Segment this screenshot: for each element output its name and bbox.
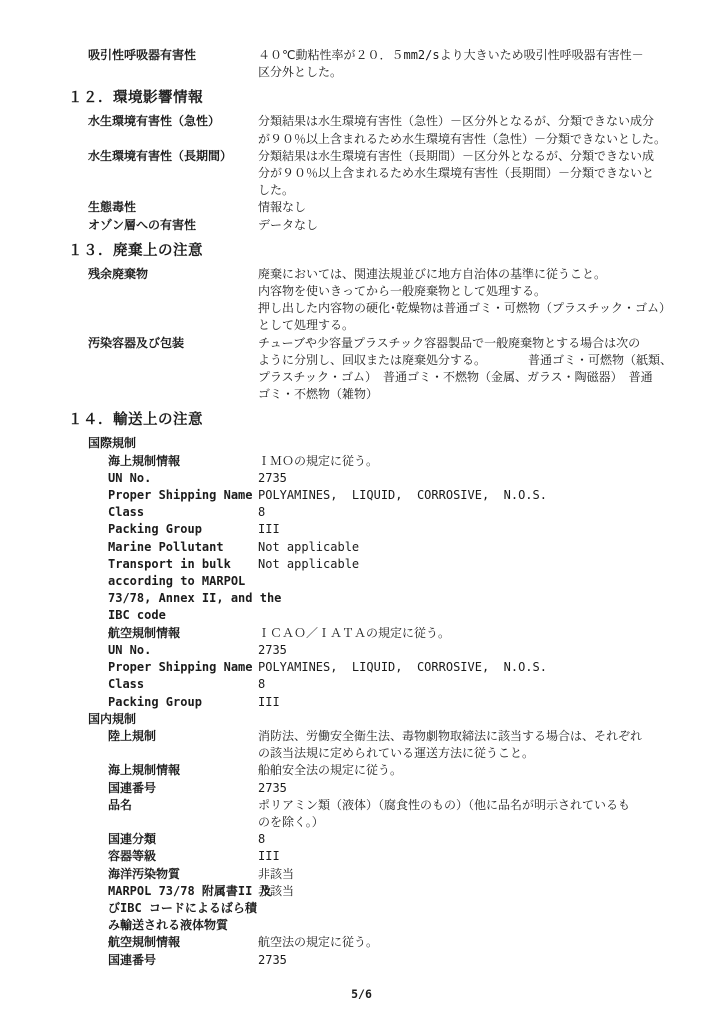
field-value-line: ４０℃動粘性率が２０．５mm2/sより大きいため吸引性呼吸器有害性－ <box>258 47 688 64</box>
field-label: 海上規制情報 <box>108 453 258 470</box>
field-value: 2735 <box>258 470 688 487</box>
field-label-line: 陸上規制 <box>108 728 258 745</box>
field-value-line: ＩＣＡＯ／ＩＡＴＡの規定に従う。 <box>258 625 688 642</box>
field-value-line: が９０％以上含まれるため水生環境有害性（急性）－分類できないとした。 <box>258 131 688 148</box>
field-label: Packing Group <box>108 694 258 711</box>
field-value-line: 8 <box>258 831 688 848</box>
field-value-line: の該当法規に定められている運送方法に従うこと。 <box>258 745 688 762</box>
field-value-line: Not applicable <box>258 539 688 556</box>
field-label: 海洋汚染物質 <box>108 866 258 883</box>
field-value-line: 押し出した内容物の硬化･乾燥物は普通ゴミ・可燃物（プラスチック・ゴム） <box>258 300 688 317</box>
field-row: 水生環境有害性（長期間）分類結果は水生環境有害性（長期間）－区分外となるが、分類… <box>88 148 723 200</box>
field-value-line: のを除く。） <box>258 814 688 831</box>
field-label: Proper Shipping Name <box>108 659 258 676</box>
field-value-line: 非該当 <box>258 883 688 900</box>
field-value: 非該当 <box>258 883 688 900</box>
field-label-line: 73/78, Annex II, and the <box>108 590 258 607</box>
field-value: 消防法、労働安全衛生法、毒物劇物取締法に該当する場合は、それぞれの該当法規に定め… <box>258 728 688 762</box>
field-value-line: ように分別し、回収または廃棄処分する。 普通ゴミ・可燃物（紙類、 <box>258 352 688 369</box>
field-row: Marine PollutantNot applicable <box>108 539 723 556</box>
field-value-line: データなし <box>258 217 688 234</box>
field-label-line: 水生環境有害性（長期間） <box>88 148 258 165</box>
field-value-line: III <box>258 694 688 711</box>
field-row: MARPOL 73/78 附属書II 及びIBC コードによるばら積み輸送される… <box>108 883 723 935</box>
field-label-line: オゾン層への有害性 <box>88 217 258 234</box>
field-label: 品名 <box>108 797 258 814</box>
field-row: 航空規制情報ＩＣＡＯ／ＩＡＴＡの規定に従う。 <box>108 625 723 642</box>
field-label: 容器等級 <box>108 848 258 865</box>
field-value: 2735 <box>258 780 688 797</box>
field-label: Proper Shipping Name <box>108 487 258 504</box>
field-value: チューブや少容量プラスチック容器製品で一般廃棄物とする場合は次のように分別し、回… <box>258 335 688 404</box>
field-value-line: 廃棄においては、関連法規並びに地方自治体の基準に従うこと。 <box>258 266 688 283</box>
field-value-line: 8 <box>258 504 688 521</box>
field-label: Marine Pollutant <box>108 539 258 556</box>
field-value: 航空法の規定に従う。 <box>258 934 688 951</box>
field-value-line: 内容物を使いきってから一般廃棄物として処理する。 <box>258 283 688 300</box>
field-value-line: 非該当 <box>258 866 688 883</box>
field-value: POLYAMINES, LIQUID, CORROSIVE, N.O.S. <box>258 659 688 676</box>
field-label-line: 生態毒性 <box>88 199 258 216</box>
document-body: 吸引性呼吸器有害性４０℃動粘性率が２０．５mm2/sより大きいため吸引性呼吸器有… <box>0 0 723 969</box>
field-row: 航空規制情報航空法の規定に従う。 <box>108 934 723 951</box>
field-value: 8 <box>258 676 688 693</box>
field-label-line: Marine Pollutant <box>108 539 258 556</box>
field-row: 水生環境有害性（急性）分類結果は水生環境有害性（急性）－区分外となるが、分類でき… <box>88 113 723 147</box>
field-value-line: ＩＭＯの規定に従う。 <box>258 453 688 470</box>
field-value-line: 区分外とした。 <box>258 64 688 81</box>
field-value-line: 分類結果は水生環境有害性（急性）－区分外となるが、分類できない成分 <box>258 113 688 130</box>
field-row: 品名ポリアミン類（液体）（腐食性のもの）（他に品名が明示されているものを除く。） <box>108 797 723 831</box>
field-row: 国連番号2735 <box>108 952 723 969</box>
group-row: 国内規制 <box>88 711 723 728</box>
field-label-line: 品名 <box>108 797 258 814</box>
field-row: オゾン層への有害性データなし <box>88 217 723 234</box>
field-value-line: POLYAMINES, LIQUID, CORROSIVE, N.O.S. <box>258 487 688 504</box>
field-row: 容器等級III <box>108 848 723 865</box>
field-value-line: 分類結果は水生環境有害性（長期間）－区分外となるが、分類できない成 <box>258 148 688 165</box>
field-value: データなし <box>258 217 688 234</box>
field-row: Packing GroupIII <box>108 521 723 538</box>
field-row: UN No.2735 <box>108 470 723 487</box>
field-label-line: 海洋汚染物質 <box>108 866 258 883</box>
field-label: 水生環境有害性（急性） <box>88 113 258 130</box>
field-label-line: UN No. <box>108 470 258 487</box>
field-row: 残余廃棄物廃棄においては、関連法規並びに地方自治体の基準に従うこと。内容物を使い… <box>88 266 723 335</box>
field-label-line: according to MARPOL <box>108 573 258 590</box>
field-value-line: ポリアミン類（液体）（腐食性のもの）（他に品名が明示されているも <box>258 797 688 814</box>
field-label: Class <box>108 504 258 521</box>
page-number: 5/6 <box>0 987 723 1001</box>
field-value: 船舶安全法の規定に従う。 <box>258 762 688 779</box>
field-row: 海上規制情報ＩＭＯの規定に従う。 <box>108 453 723 470</box>
field-label-line: 航空規制情報 <box>108 625 258 642</box>
field-label: 国連番号 <box>108 952 258 969</box>
field-label-line: 吸引性呼吸器有害性 <box>88 47 258 64</box>
field-label: オゾン層への有害性 <box>88 217 258 234</box>
section-heading: １２．環境影響情報 <box>68 89 723 108</box>
field-label-line: 残余廃棄物 <box>88 266 258 283</box>
field-row: Proper Shipping NamePOLYAMINES, LIQUID, … <box>108 487 723 504</box>
field-label-line: Transport in bulk <box>108 556 258 573</box>
field-value-line: 2735 <box>258 470 688 487</box>
field-label: Packing Group <box>108 521 258 538</box>
field-value-line: 分が９０％以上含まれるため水生環境有害性（長期間）－分類できないと <box>258 165 688 182</box>
section-heading: １４．輸送上の注意 <box>68 411 723 430</box>
field-value: 8 <box>258 831 688 848</box>
section-heading: １３．廃棄上の注意 <box>68 242 723 261</box>
field-label: 航空規制情報 <box>108 625 258 642</box>
field-label: MARPOL 73/78 附属書II 及びIBC コードによるばら積み輸送される… <box>108 883 258 935</box>
field-label: 海上規制情報 <box>108 762 258 779</box>
field-row: 国連番号2735 <box>108 780 723 797</box>
field-value-line: III <box>258 521 688 538</box>
field-value-line: 2735 <box>258 780 688 797</box>
field-row: Packing GroupIII <box>108 694 723 711</box>
field-value-line: プラスチック・ゴム） 普通ゴミ・不燃物（金属、ガラス・陶磁器） 普通 <box>258 369 688 386</box>
field-label-line: 国連分類 <box>108 831 258 848</box>
field-label-line: 容器等級 <box>108 848 258 865</box>
field-value: ポリアミン類（液体）（腐食性のもの）（他に品名が明示されているものを除く。） <box>258 797 688 831</box>
field-label-line: びIBC コードによるばら積 <box>108 900 258 917</box>
field-label-line: 国内規制 <box>88 711 258 728</box>
field-label-line: Packing Group <box>108 694 258 711</box>
field-label: 航空規制情報 <box>108 934 258 951</box>
field-row: 海洋汚染物質非該当 <box>108 866 723 883</box>
field-label: UN No. <box>108 642 258 659</box>
field-value-line: 2735 <box>258 952 688 969</box>
field-label: 汚染容器及び包装 <box>88 335 258 352</box>
field-value: III <box>258 521 688 538</box>
field-value: ＩＭＯの規定に従う。 <box>258 453 688 470</box>
field-label-line: UN No. <box>108 642 258 659</box>
field-label: 生態毒性 <box>88 199 258 216</box>
field-label-line: 国際規制 <box>88 435 258 452</box>
field-label-line: Class <box>108 676 258 693</box>
field-value-line: 船舶安全法の規定に従う。 <box>258 762 688 779</box>
field-label-line: Class <box>108 504 258 521</box>
field-row: Class8 <box>108 504 723 521</box>
field-value: 廃棄においては、関連法規並びに地方自治体の基準に従うこと。内容物を使いきってから… <box>258 266 688 335</box>
field-label: Transport in bulkaccording to MARPOL73/7… <box>108 556 258 625</box>
field-value: III <box>258 694 688 711</box>
field-label: 国内規制 <box>88 711 258 728</box>
field-label: 国連分類 <box>108 831 258 848</box>
field-row: Proper Shipping NamePOLYAMINES, LIQUID, … <box>108 659 723 676</box>
field-label: 吸引性呼吸器有害性 <box>88 47 258 64</box>
field-value: 分類結果は水生環境有害性（長期間）－区分外となるが、分類できない成分が９０％以上… <box>258 148 688 200</box>
field-row: 海上規制情報船舶安全法の規定に従う。 <box>108 762 723 779</box>
field-row: Transport in bulkaccording to MARPOL73/7… <box>108 556 723 625</box>
field-value-line: した。 <box>258 182 688 199</box>
field-label-line: 国連番号 <box>108 952 258 969</box>
field-label-line: 航空規制情報 <box>108 934 258 951</box>
field-value: ４０℃動粘性率が２０．５mm2/sより大きいため吸引性呼吸器有害性－区分外とした… <box>258 47 688 81</box>
field-value-line: 航空法の規定に従う。 <box>258 934 688 951</box>
field-label: 残余廃棄物 <box>88 266 258 283</box>
field-value: Not applicable <box>258 556 688 573</box>
field-value: POLYAMINES, LIQUID, CORROSIVE, N.O.S. <box>258 487 688 504</box>
field-value: III <box>258 848 688 865</box>
field-value: 非該当 <box>258 866 688 883</box>
field-value: 2735 <box>258 952 688 969</box>
field-value-line: 消防法、労働安全衛生法、毒物劇物取締法に該当する場合は、それぞれ <box>258 728 688 745</box>
field-label-line: Proper Shipping Name <box>108 659 258 676</box>
field-label-line: 海上規制情報 <box>108 762 258 779</box>
field-row: 国連分類8 <box>108 831 723 848</box>
field-label-line: Packing Group <box>108 521 258 538</box>
field-value-line: チューブや少容量プラスチック容器製品で一般廃棄物とする場合は次の <box>258 335 688 352</box>
field-row: 陸上規制消防法、労働安全衛生法、毒物劇物取締法に該当する場合は、それぞれの該当法… <box>108 728 723 762</box>
sds-document-page: 吸引性呼吸器有害性４０℃動粘性率が２０．５mm2/sより大きいため吸引性呼吸器有… <box>0 0 723 1024</box>
field-value-line: POLYAMINES, LIQUID, CORROSIVE, N.O.S. <box>258 659 688 676</box>
field-value-line: 8 <box>258 676 688 693</box>
field-value: ＩＣＡＯ／ＩＡＴＡの規定に従う。 <box>258 625 688 642</box>
field-row: Class8 <box>108 676 723 693</box>
field-label-line: 水生環境有害性（急性） <box>88 113 258 130</box>
field-label: UN No. <box>108 470 258 487</box>
field-row: 汚染容器及び包装チューブや少容量プラスチック容器製品で一般廃棄物とする場合は次の… <box>88 335 723 404</box>
field-label-line: Proper Shipping Name <box>108 487 258 504</box>
field-value: 情報なし <box>258 199 688 216</box>
field-label: Class <box>108 676 258 693</box>
field-label-line: 汚染容器及び包装 <box>88 335 258 352</box>
field-value-line: III <box>258 848 688 865</box>
field-label-line: 海上規制情報 <box>108 453 258 470</box>
group-row: 国際規制 <box>88 435 723 452</box>
field-value-line: 情報なし <box>258 199 688 216</box>
field-value-line: として処理する。 <box>258 317 688 334</box>
field-label: 国連番号 <box>108 780 258 797</box>
field-row: UN No.2735 <box>108 642 723 659</box>
field-label-line: IBC code <box>108 607 258 624</box>
field-label-line: MARPOL 73/78 附属書II 及 <box>108 883 258 900</box>
field-label: 水生環境有害性（長期間） <box>88 148 258 165</box>
field-value-line: Not applicable <box>258 556 688 573</box>
field-value: 8 <box>258 504 688 521</box>
field-value: Not applicable <box>258 539 688 556</box>
field-label-line: み輸送される液体物質 <box>108 917 258 934</box>
field-value: 分類結果は水生環境有害性（急性）－区分外となるが、分類できない成分が９０％以上含… <box>258 113 688 147</box>
field-label-line: 国連番号 <box>108 780 258 797</box>
field-value-line: 2735 <box>258 642 688 659</box>
field-value: 2735 <box>258 642 688 659</box>
field-label: 国際規制 <box>88 435 258 452</box>
field-value-line: ゴミ・不燃物（雑物） <box>258 386 688 403</box>
field-row: 生態毒性情報なし <box>88 199 723 216</box>
field-row: 吸引性呼吸器有害性４０℃動粘性率が２０．５mm2/sより大きいため吸引性呼吸器有… <box>88 47 723 81</box>
field-label: 陸上規制 <box>108 728 258 745</box>
